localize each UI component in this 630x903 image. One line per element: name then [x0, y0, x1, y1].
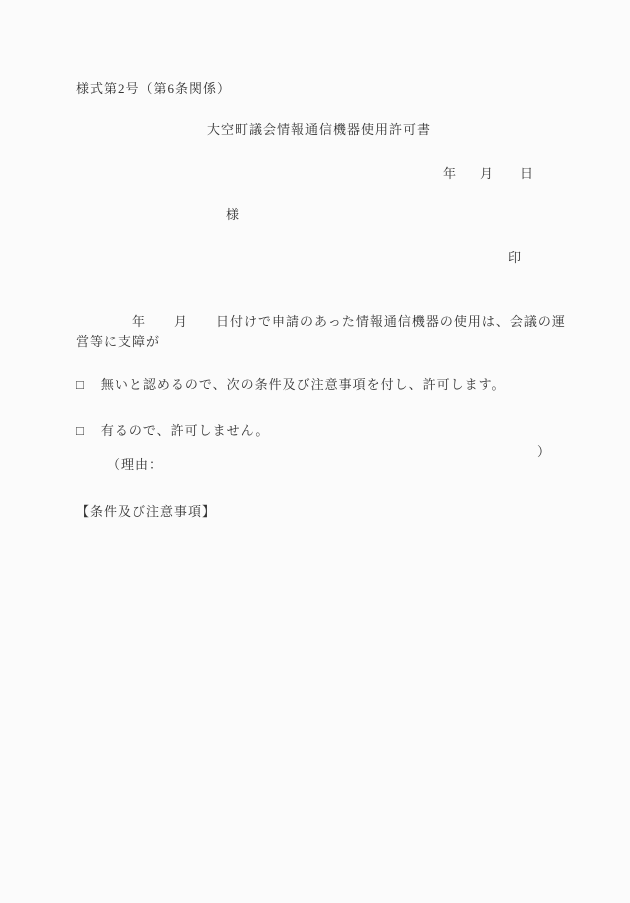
option-deny-row: □ 有るので、許可しません。 [76, 424, 269, 437]
body-line-2: 営等に支障が [76, 335, 160, 348]
document-page: 様式第2号（第6条関係） 大空町議会情報通信機器使用許可書 年 月 日 様 印 … [0, 0, 630, 903]
date-year-label: 年 [443, 167, 457, 180]
date-month-label: 月 [480, 167, 494, 180]
date-line: 年 月 日 [443, 167, 538, 180]
option-deny-label: 有るので、許可しません。 [101, 424, 270, 437]
option-permit-label: 無いと認めるので、次の条件及び注意事項を付し、許可します。 [101, 378, 506, 391]
checkbox-unchecked-icon: □ [76, 424, 85, 437]
form-number: 様式第2号（第6条関係） [76, 82, 231, 95]
reason-line: （理由： ） [90, 445, 551, 458]
checkbox-unchecked-icon: □ [76, 378, 85, 391]
option-permit-row: □ 無いと認めるので、次の条件及び注意事項を付し、許可します。 [76, 378, 506, 391]
reason-close-paren: ） [537, 445, 551, 458]
conditions-heading: 【条件及び注意事項】 [76, 505, 216, 518]
addressee-suffix: 様 [226, 208, 240, 221]
seal-mark: 印 [508, 251, 522, 264]
date-day-label: 日 [520, 167, 534, 180]
body-line-1: 年 月 日付けで申請のあった情報通信機器の使用は、会議の運 [76, 315, 566, 328]
reason-open-label: （理由： [107, 457, 163, 472]
page-title: 大空町議会情報通信機器使用許可書 [207, 123, 431, 136]
